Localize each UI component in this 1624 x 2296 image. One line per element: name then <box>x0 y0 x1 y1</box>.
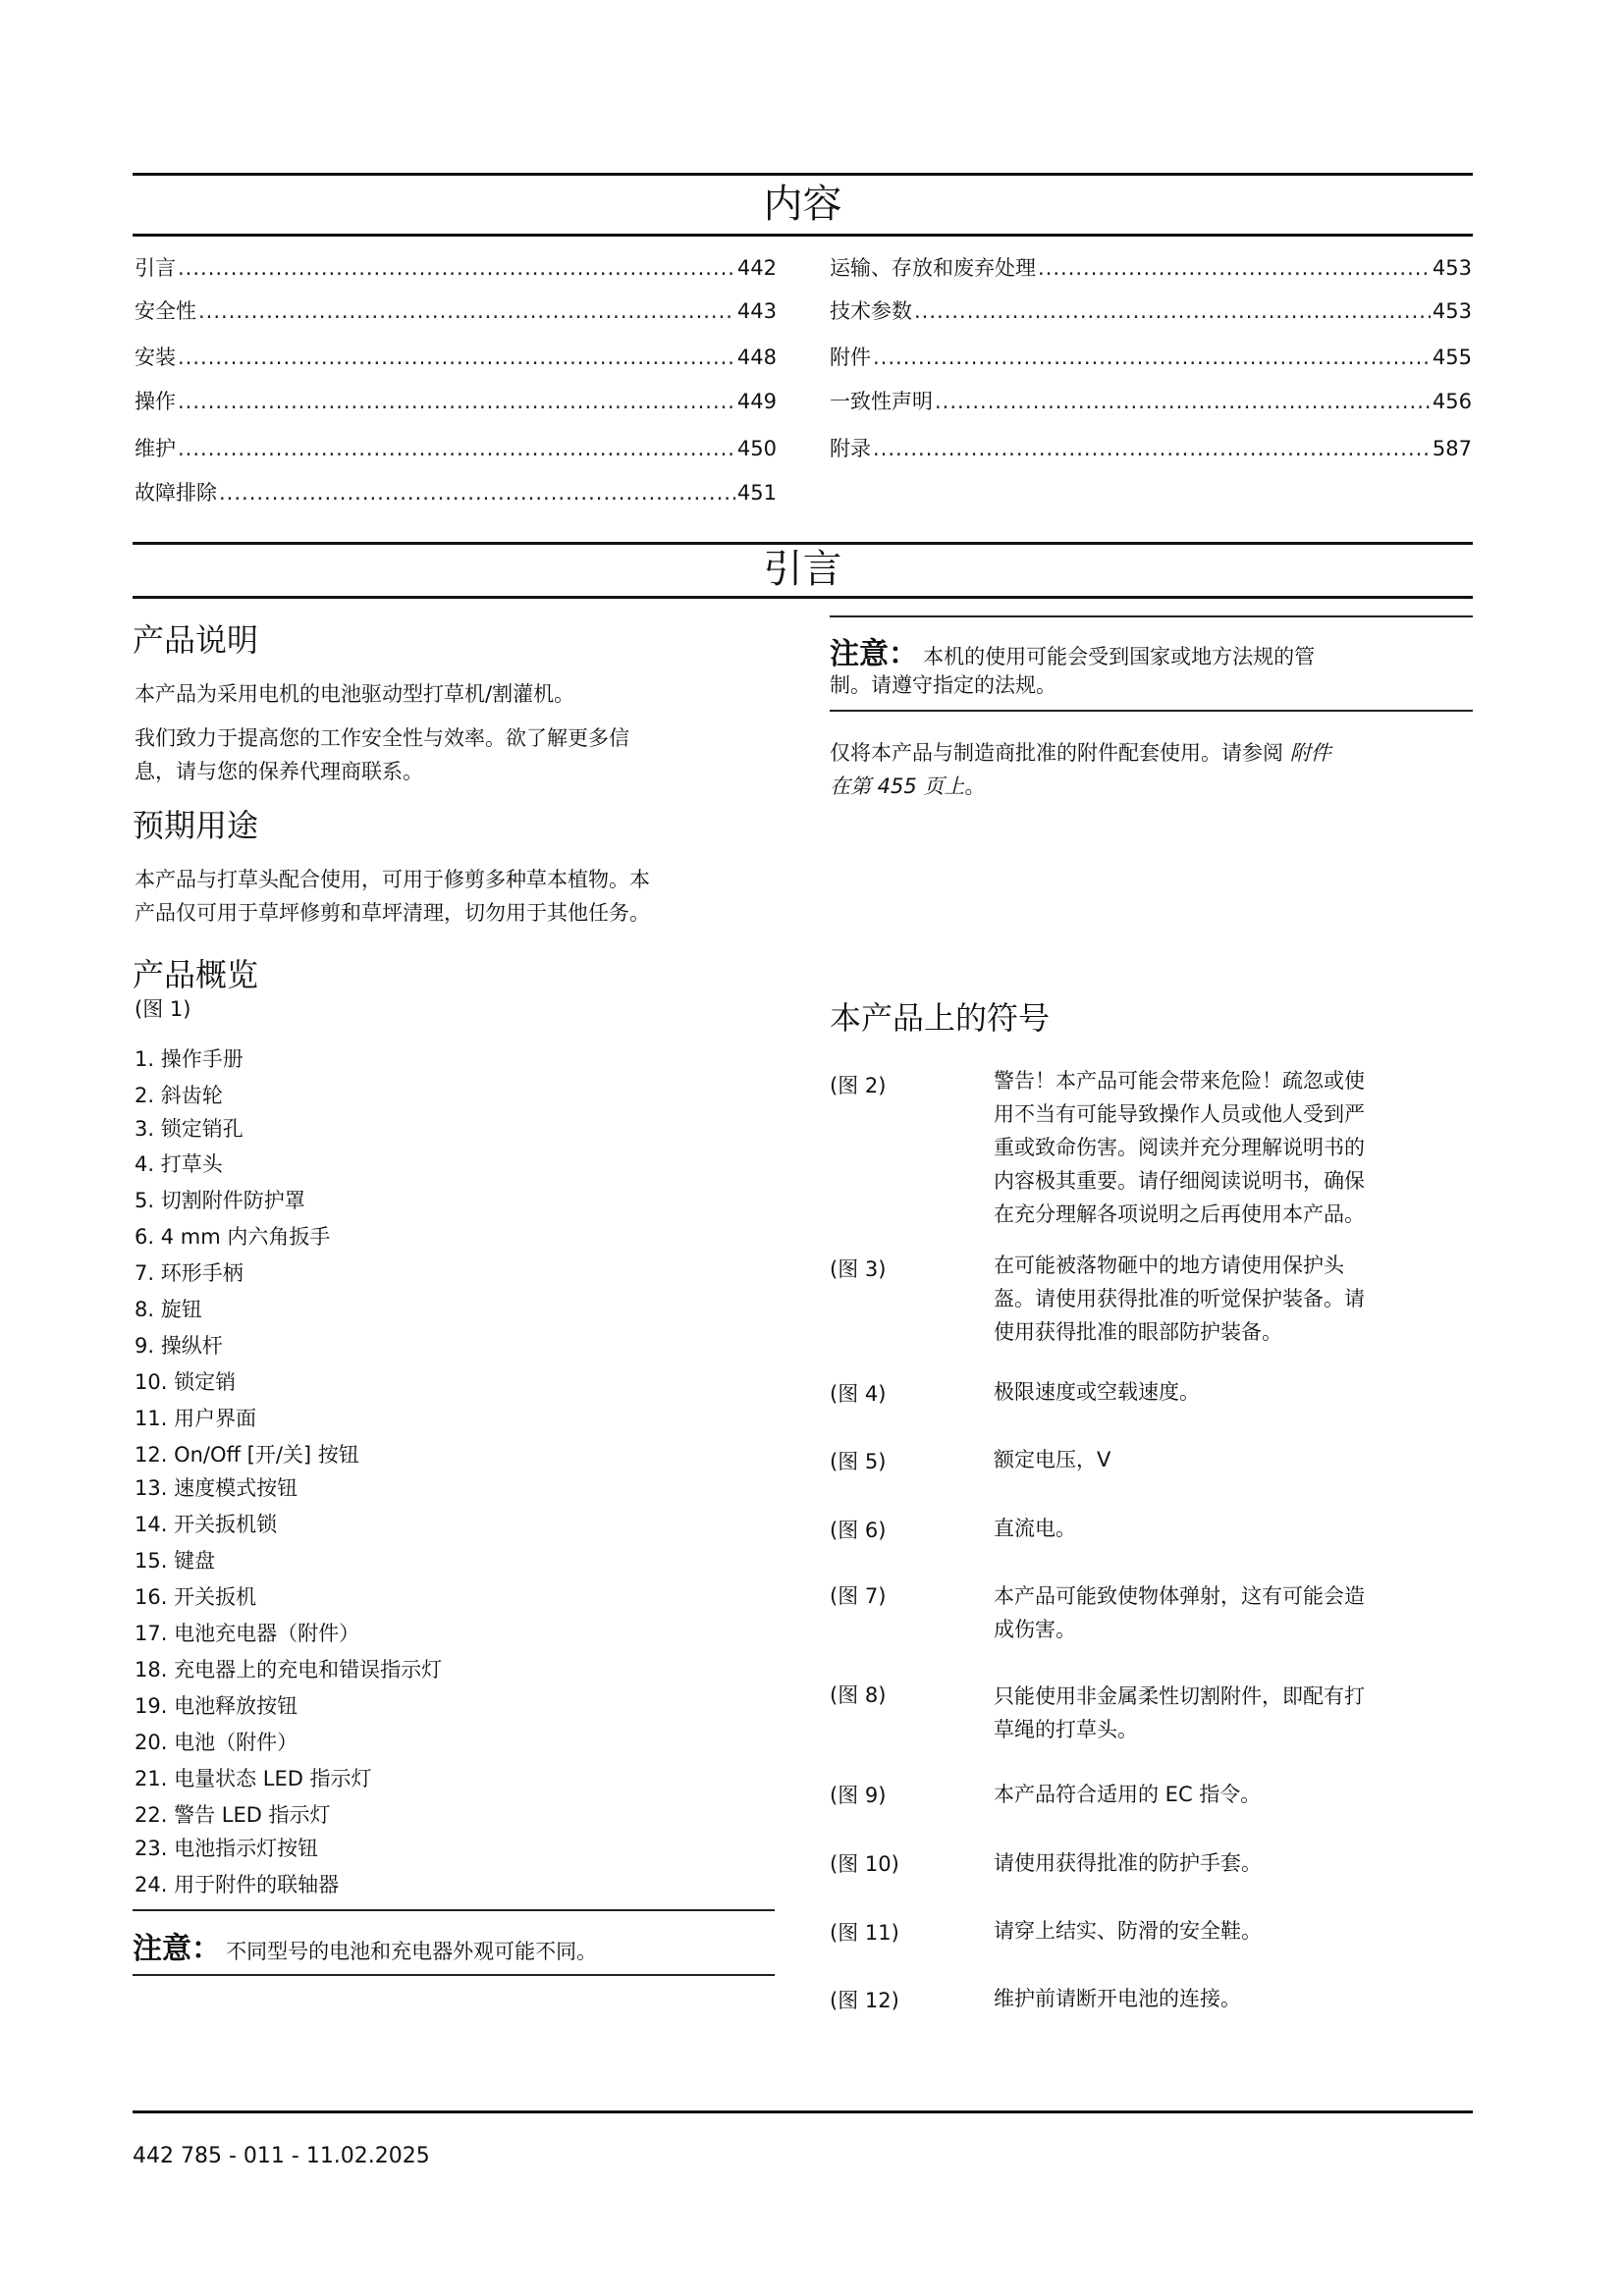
list-item: 10. 锁定销 <box>135 1368 236 1396</box>
toc-entry-intro[interactable]: 引言442 <box>135 254 777 282</box>
list-item: 17. 电池充电器（附件） <box>135 1620 359 1647</box>
symbol-description: 本产品符合适用的 EC 指令。 <box>994 1778 1460 1811</box>
symbol-description: 直流电。 <box>994 1512 1460 1545</box>
list-item: 23. 电池指示灯按钮 <box>135 1835 318 1862</box>
footer-rule <box>133 2110 1473 2113</box>
list-item: 3. 锁定销孔 <box>135 1115 244 1143</box>
toc-entry-technical-data[interactable]: 技术参数453 <box>830 297 1472 325</box>
list-item: 7. 环形手柄 <box>135 1259 244 1287</box>
list-item: 19. 电池释放按钮 <box>135 1692 298 1720</box>
toc-entry-troubleshooting[interactable]: 故障排除451 <box>135 479 777 507</box>
accessories-link-line2[interactable]: 在第 455 页上 <box>830 774 964 798</box>
accessories-suffix: 。 <box>964 774 985 798</box>
symbol-fig-ref: (图 4) <box>830 1380 886 1408</box>
symbol-fig-ref: (图 12) <box>830 1987 899 2014</box>
accessories-paragraph: 仅将本产品与制造商批准的附件配套使用。请参阅 附件 在第 455 页上。 <box>830 736 1468 803</box>
symbol-fig-ref: (图 8) <box>830 1682 886 1709</box>
note-left-text: 不同型号的电池和充电器外观可能不同。 <box>226 1940 597 1963</box>
symbol-description: 本产品可能致使物体弹射，这有可能会造 成伤害。 <box>994 1579 1460 1646</box>
symbol-description: 请穿上结实、防滑的安全鞋。 <box>994 1914 1460 1948</box>
symbols-heading: 本产品上的符号 <box>830 998 1050 1038</box>
note-right-top-rule <box>830 615 1473 617</box>
intro-title: 引言 <box>133 546 1473 593</box>
toc-entry-safety[interactable]: 安全性443 <box>135 297 777 325</box>
list-item: 21. 电量状态 LED 指示灯 <box>135 1765 372 1792</box>
intro-top-rule <box>133 542 1473 545</box>
list-item: 20. 电池（附件） <box>135 1729 298 1756</box>
contents-top-rule <box>133 173 1473 176</box>
note-right-bottom-rule <box>830 710 1473 712</box>
list-item: 18. 充电器上的充电和错误指示灯 <box>135 1656 442 1683</box>
toc-entry-appendix[interactable]: 附录587 <box>830 435 1472 462</box>
toc-entry-declaration[interactable]: 一致性声明456 <box>830 388 1472 415</box>
list-item: 16. 开关扳机 <box>135 1583 256 1611</box>
footer-doc-id: 442 785 - 011 - 11.02.2025 <box>133 2143 430 2170</box>
symbol-description: 维护前请断开电池的连接。 <box>994 1982 1460 2015</box>
symbol-description: 在可能被落物砸中的地方请使用保护头 盔。请使用获得批准的听觉保护装备。请 使用获… <box>994 1249 1460 1349</box>
note-left-top-rule <box>133 1909 775 1911</box>
symbol-fig-ref: (图 9) <box>830 1782 886 1809</box>
list-item: 8. 旋钮 <box>135 1296 202 1323</box>
toc-entry-operation[interactable]: 操作449 <box>135 388 777 415</box>
symbol-fig-ref: (图 2) <box>830 1072 886 1099</box>
accessories-link-line1[interactable]: 附件 <box>1290 741 1331 765</box>
list-item: 22. 警告 LED 指示灯 <box>135 1801 331 1829</box>
overview-heading: 产品概览 <box>133 955 258 994</box>
list-item: 4. 打草头 <box>135 1150 223 1178</box>
symbol-description: 额定电压，V <box>994 1443 1460 1476</box>
symbol-description: 极限速度或空载速度。 <box>994 1375 1460 1409</box>
list-item: 2. 斜齿轮 <box>135 1082 223 1109</box>
symbol-description: 只能使用非金属柔性切割附件，即配有打 草绳的打草头。 <box>994 1680 1460 1746</box>
contents-title: 内容 <box>133 181 1473 228</box>
list-item: 9. 操纵杆 <box>135 1332 223 1360</box>
contents-bottom-rule <box>133 234 1473 237</box>
symbol-fig-ref: (图 11) <box>830 1919 899 1947</box>
list-item: 13. 速度模式按钮 <box>135 1474 298 1502</box>
intro-bottom-rule <box>133 596 1473 599</box>
symbol-description: 请使用获得批准的防护手套。 <box>994 1846 1460 1880</box>
list-item: 12. On/Off [开/关] 按钮 <box>135 1441 359 1468</box>
list-item: 15. 键盘 <box>135 1547 215 1575</box>
note-right-label: 注意： <box>830 637 918 671</box>
toc-entry-assembly[interactable]: 安装448 <box>135 344 777 371</box>
accessories-text: 仅将本产品与制造商批准的附件配套使用。请参阅 <box>830 741 1290 765</box>
toc-entry-accessories[interactable]: 附件455 <box>830 344 1472 371</box>
list-item: 5. 切割附件防护罩 <box>135 1187 305 1214</box>
note-right-text-line2: 制。请遵守指定的法规。 <box>830 668 1056 702</box>
note-left-label: 注意： <box>133 1932 221 1966</box>
list-item: 14. 开关扳机锁 <box>135 1511 277 1538</box>
symbol-fig-ref: (图 3) <box>830 1255 886 1283</box>
list-item: 6. 4 mm 内六角扳手 <box>135 1223 330 1251</box>
toc-entry-maintenance[interactable]: 维护450 <box>135 435 777 462</box>
symbol-fig-ref: (图 10) <box>830 1850 899 1878</box>
list-item: 24. 用于附件的联轴器 <box>135 1871 339 1898</box>
symbol-fig-ref: (图 7) <box>830 1582 886 1610</box>
product-description-p2-line2: 息，请与您的保养代理商联系。 <box>135 755 423 788</box>
symbol-description: 警告！本产品可能会带来危险！疏忽或使 用不当有可能导致操作人员或他人受到严 重或… <box>994 1064 1460 1231</box>
intended-use-heading: 预期用途 <box>133 806 258 845</box>
note-right: 注意： 本机的使用可能会受到国家或地方法规的管 <box>830 629 1315 672</box>
product-description-p1: 本产品为采用电机的电池驱动型打草机/割灌机。 <box>135 677 574 711</box>
product-description-p2-line1: 我们致力于提高您的工作安全性与效率。欲了解更多信 <box>135 721 629 755</box>
overview-figure-ref: (图 1) <box>135 995 190 1023</box>
note-left: 注意： 不同型号的电池和充电器外观可能不同。 <box>133 1924 597 1967</box>
list-item: 1. 操作手册 <box>135 1045 244 1073</box>
list-item: 11. 用户界面 <box>135 1405 256 1432</box>
symbol-fig-ref: (图 6) <box>830 1517 886 1544</box>
note-left-bottom-rule <box>133 1974 775 1976</box>
toc-entry-transport[interactable]: 运输、存放和废弃处理453 <box>830 254 1472 282</box>
symbol-fig-ref: (图 5) <box>830 1448 886 1475</box>
intended-use-line1: 本产品与打草头配合使用，可用于修剪多种草本植物。本 <box>135 863 650 896</box>
note-right-text-line1: 本机的使用可能会受到国家或地方法规的管 <box>923 645 1315 668</box>
product-description-heading: 产品说明 <box>133 620 258 660</box>
intended-use-line2: 产品仅可用于草坪修剪和草坪清理，切勿用于其他任务。 <box>135 896 650 930</box>
